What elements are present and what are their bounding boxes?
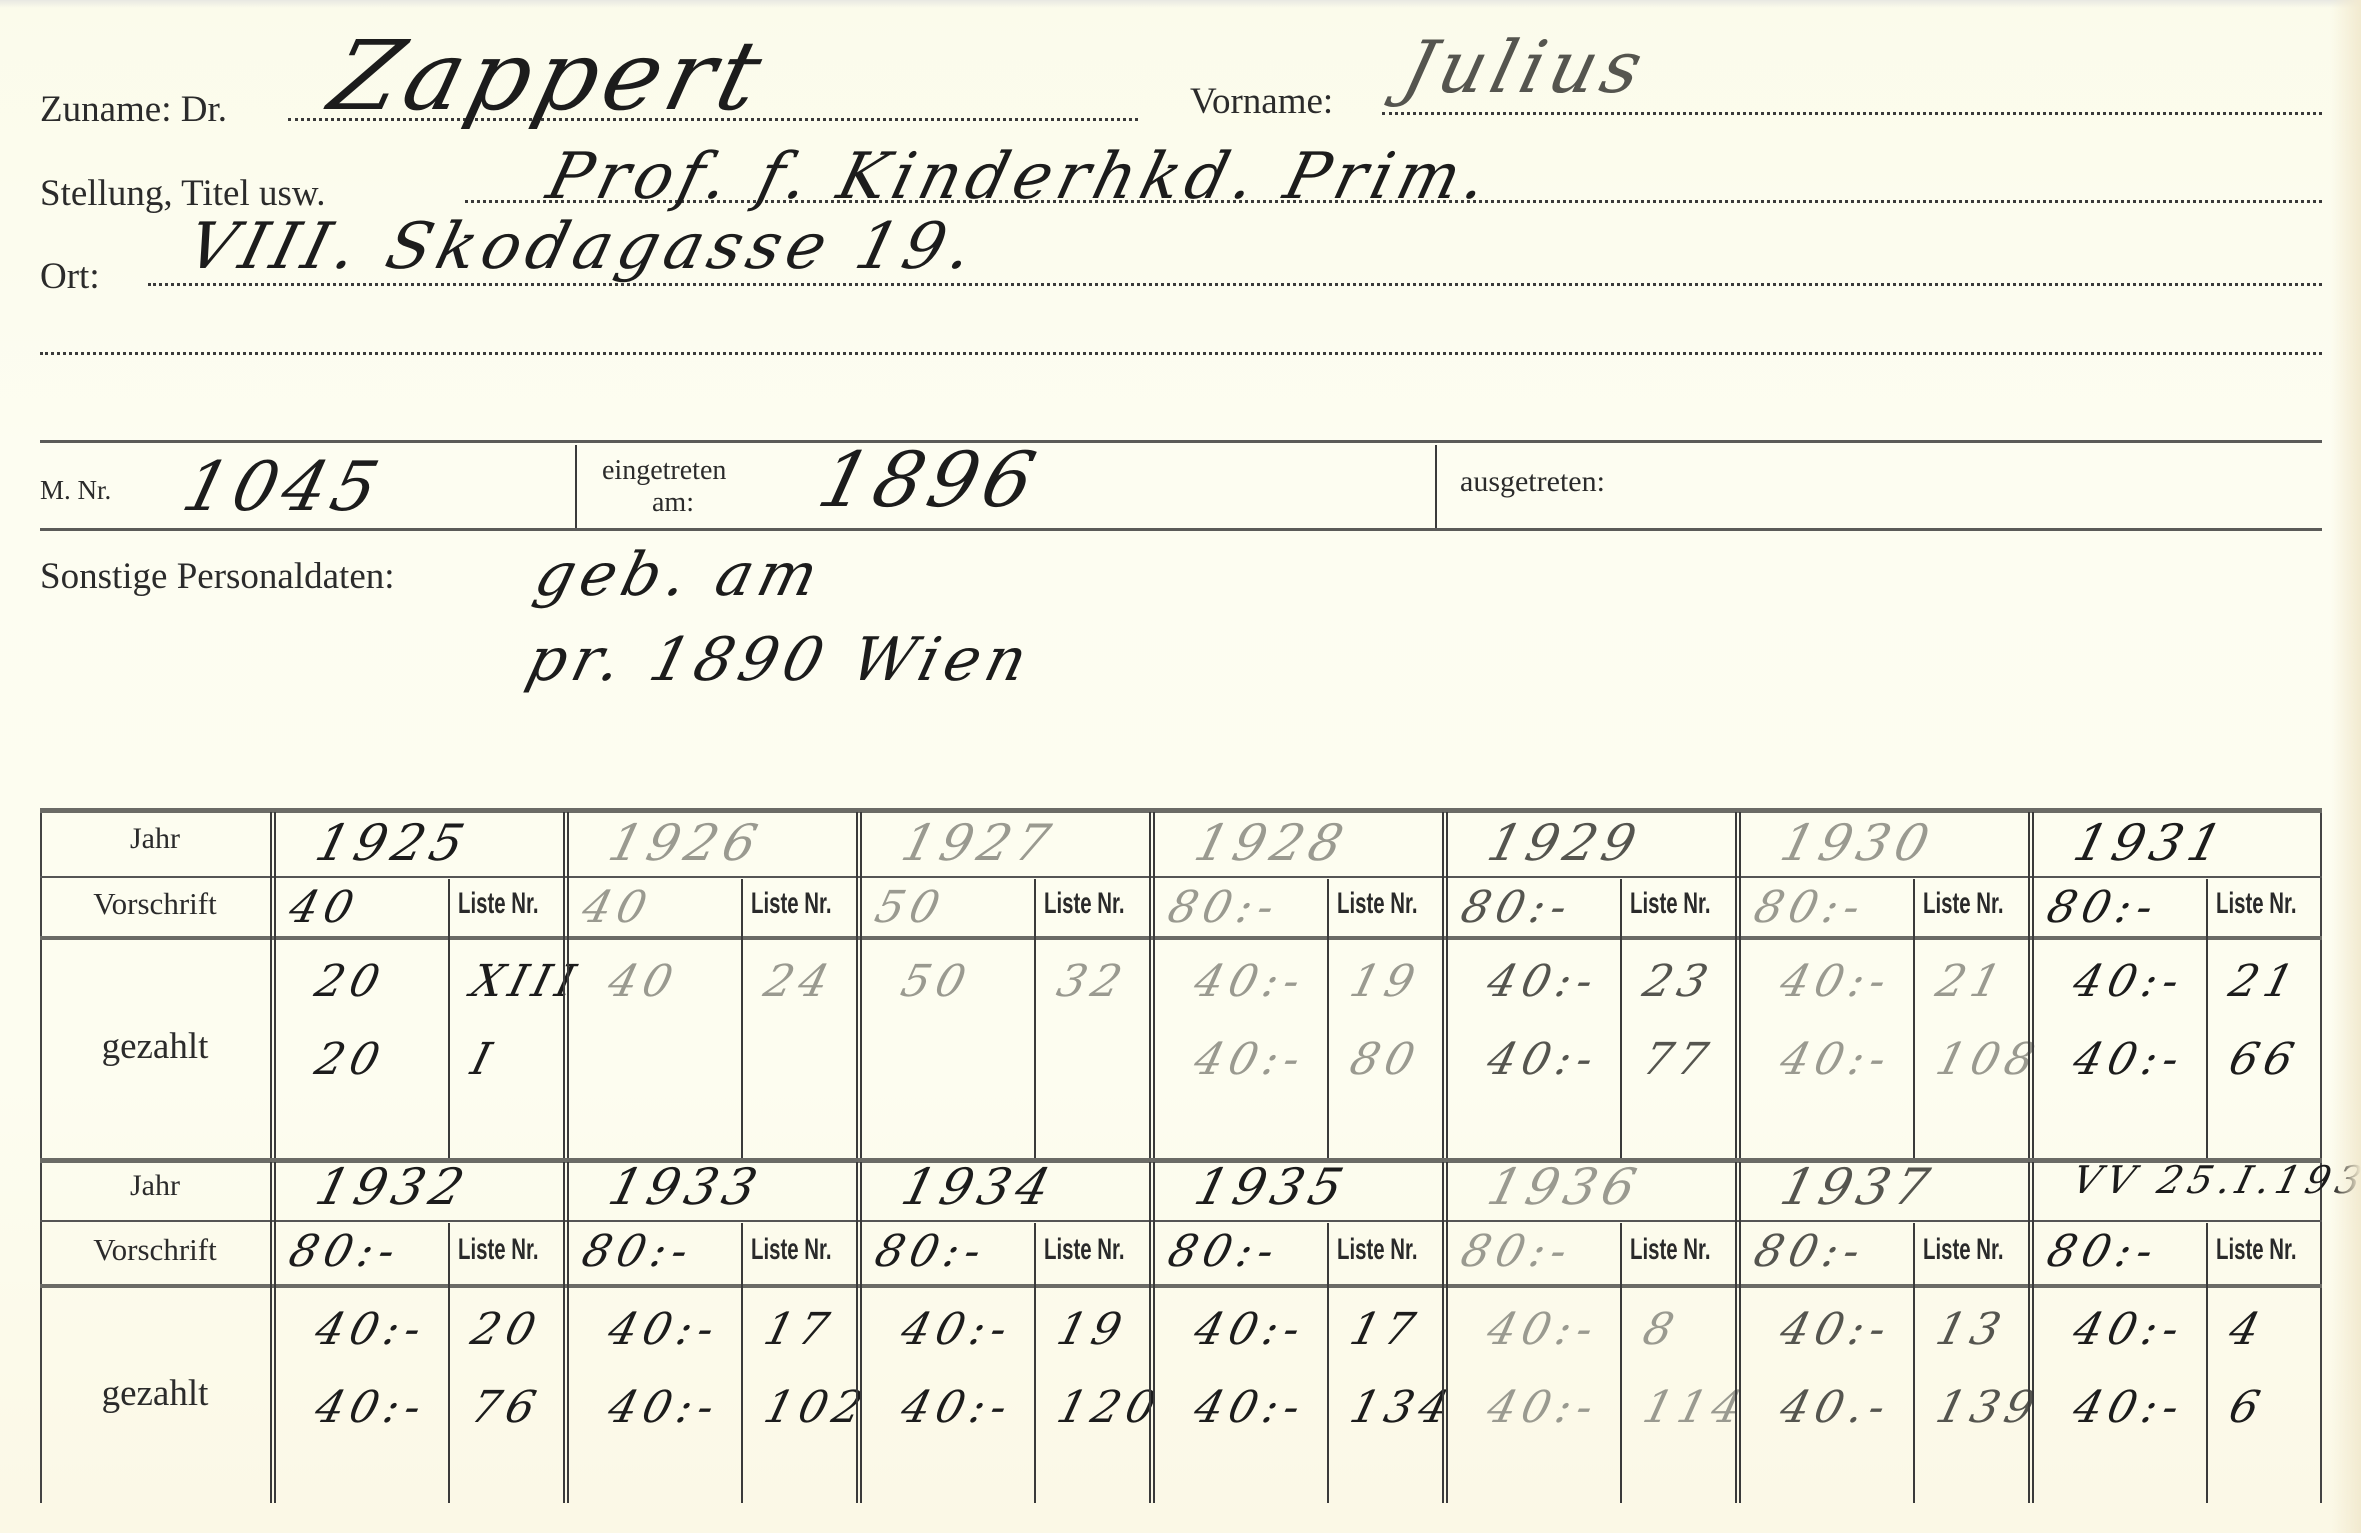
liste-number: 19	[1052, 1304, 1133, 1355]
liste-number: 32	[1052, 956, 1133, 1007]
vorschrift-value: 80:-	[1749, 1226, 1871, 1277]
paid-amount: 20	[310, 1034, 391, 1085]
liste-nr-label: Liste Nr.	[1044, 887, 1124, 921]
paid-amount: 40:-	[896, 1304, 1018, 1355]
year-value: 1928	[1189, 814, 1355, 872]
year-column: 193280:-Liste Nr.40:-40:-2076	[270, 1158, 563, 1503]
liste-number: 23	[1638, 956, 1719, 1007]
liste-number: 17	[759, 1304, 840, 1355]
paid-amount: 40:-	[1189, 1034, 1311, 1085]
year-column: 193380:-Liste Nr.40:-40:-17102	[563, 1158, 856, 1503]
vorname-value: Julius	[1395, 25, 1657, 109]
year-column: 193780:-Liste Nr.40:-40.-13139	[1735, 1158, 2028, 1503]
liste-nr-label: Liste Nr.	[458, 1233, 538, 1267]
personal-line-1: geb. am	[528, 540, 831, 610]
year-column: 192540Liste Nr.2020XIIII	[270, 808, 563, 1158]
dues-table-1932-1938: JahrVorschriftgezahlt193280:-Liste Nr.40…	[40, 1158, 2322, 1503]
vorschrift-value: 80:-	[1749, 882, 1871, 933]
membership-divider-1	[575, 445, 577, 528]
liste-nr-label: Liste Nr.	[1630, 1233, 1710, 1267]
vorschrift-value: 80:-	[284, 1226, 406, 1277]
paid-amount: 40:-	[310, 1304, 432, 1355]
year-column: 192880:-Liste Nr.40:-40:-1980	[1149, 808, 1442, 1158]
paid-amount: 40.-	[1775, 1382, 1897, 1433]
paid-amount: 40:-	[1775, 1034, 1897, 1085]
membership-bottom-rule	[40, 528, 2322, 531]
paid-amount: 40:-	[1482, 1034, 1604, 1085]
liste-number: 80	[1345, 1034, 1426, 1085]
paid-amount: 40:-	[2068, 1304, 2190, 1355]
liste-number: 8	[1638, 1304, 1685, 1355]
liste-number: 20	[466, 1304, 547, 1355]
personal-label: Sonstige Personaldaten:	[40, 555, 395, 598]
paid-amount: 40:-	[1775, 1304, 1897, 1355]
vorschrift-label: Vorschrift	[40, 886, 270, 922]
year-column: 193680:-Liste Nr.40:-40:-8114	[1442, 1158, 1735, 1503]
year-column: 193080:-Liste Nr.40:-40:-21108	[1735, 808, 2028, 1158]
year-value: 1937	[1775, 1158, 1941, 1216]
paid-amount: 40:-	[1482, 1382, 1604, 1433]
liste-nr-label: Liste Nr.	[1044, 1233, 1124, 1267]
paid-amount: 40:-	[1482, 1304, 1604, 1355]
liste-number: 24	[759, 956, 840, 1007]
paid-amount: 40:-	[1775, 956, 1897, 1007]
paid-amount: 40:-	[896, 1382, 1018, 1433]
vorschrift-value: 80:-	[1163, 882, 1285, 933]
paid-amount: 40:-	[603, 1304, 725, 1355]
year-value: 1926	[603, 814, 769, 872]
eingetreten-value: 1896	[810, 435, 1050, 524]
paid-amount: 40:-	[1482, 956, 1604, 1007]
index-card: Zuname: Dr. Zappert Vorname: Julius Stel…	[0, 0, 2361, 1533]
liste-nr-label: Liste Nr.	[751, 887, 831, 921]
year-value: 1927	[896, 814, 1062, 872]
liste-nr-label: Liste Nr.	[1923, 1233, 2003, 1267]
year-column: 193480:-Liste Nr.40:-40:-19120	[856, 1158, 1149, 1503]
liste-number: 21	[2224, 956, 2305, 1007]
jahr-label: Jahr	[40, 1169, 270, 1203]
year-column: 192640Liste Nr.4024	[563, 808, 856, 1158]
paid-amount: 40:-	[2068, 956, 2190, 1007]
vorschrift-value: 80:-	[1163, 1226, 1285, 1277]
paid-amount: 40:-	[2068, 1034, 2190, 1085]
liste-nr-label: Liste Nr.	[458, 887, 538, 921]
year-column: 192750Liste Nr.5032	[856, 808, 1149, 1158]
year-value: 1934	[896, 1158, 1062, 1216]
eingetreten-label: eingetreten	[602, 455, 726, 487]
personal-line-2: pr. 1890 Wien	[520, 625, 1040, 695]
ort-value: VIII. Skodagasse 19.	[180, 210, 986, 284]
year-column: 193580:-Liste Nr.40:-40:-17134	[1149, 1158, 1442, 1503]
zuname-value: Zappert	[320, 20, 778, 132]
liste-nr-label: Liste Nr.	[751, 1233, 831, 1267]
year-value: 1936	[1482, 1158, 1648, 1216]
liste-number: 4	[2224, 1304, 2271, 1355]
liste-number: 13	[1931, 1304, 2012, 1355]
paid-amount: 40:-	[310, 1382, 432, 1433]
ort-label: Ort:	[40, 255, 100, 298]
liste-number: 17	[1345, 1304, 1426, 1355]
year-value: 1932	[310, 1158, 476, 1216]
year-value: 1933	[603, 1158, 769, 1216]
year-column: 193180:-Liste Nr.40:-40:-2166	[2028, 808, 2321, 1158]
membership-top-rule	[40, 440, 2322, 443]
vorschrift-label: Vorschrift	[40, 1232, 270, 1268]
eingetreten-am-label: am:	[652, 487, 694, 519]
blank-line	[40, 352, 2322, 355]
zuname-label: Zuname: Dr.	[40, 88, 227, 131]
paid-amount: 40:-	[1189, 1304, 1311, 1355]
year-value: 1930	[1775, 814, 1941, 872]
vorschrift-value: 80:-	[1456, 1226, 1578, 1277]
vorschrift-value: 80:-	[1456, 882, 1578, 933]
liste-number: 21	[1931, 956, 2012, 1007]
paid-amount: 40:-	[1189, 956, 1311, 1007]
gezahlt-label: gezahlt	[40, 1025, 270, 1068]
liste-number: 77	[1638, 1034, 1719, 1085]
mnr-value: 1045	[175, 448, 392, 527]
stellung-value: Prof. f. Kinderhkd. Prim.	[540, 140, 1501, 214]
membership-divider-2	[1435, 445, 1437, 528]
year-column: 192980:-Liste Nr.40:-40:-2377	[1442, 808, 1735, 1158]
year-value: 1929	[1482, 814, 1648, 872]
liste-number: 76	[466, 1382, 547, 1433]
vorname-label: Vorname:	[1190, 80, 1333, 123]
gezahlt-label: gezahlt	[40, 1372, 270, 1415]
year-value: 1925	[310, 814, 476, 872]
vorschrift-value: 50	[870, 882, 951, 933]
vorschrift-value: 80:-	[2042, 1226, 2164, 1277]
ausgetreten-label: ausgetreten:	[1460, 465, 1605, 499]
vorname-line	[1382, 112, 2322, 115]
vorschrift-value: 40	[577, 882, 658, 933]
liste-number: 19	[1345, 956, 1426, 1007]
dues-table-1925-1931: JahrVorschriftgezahlt192540Liste Nr.2020…	[40, 808, 2322, 1158]
liste-number: I	[466, 1034, 502, 1085]
vorschrift-value: 40	[284, 882, 365, 933]
liste-nr-label: Liste Nr.	[2216, 1233, 2296, 1267]
vorschrift-value: 80:-	[2042, 882, 2164, 933]
year-value: VV 25.I.1938 7 M	[2068, 1158, 2361, 1202]
liste-nr-label: Liste Nr.	[1337, 1233, 1417, 1267]
jahr-label: Jahr	[40, 822, 270, 856]
liste-nr-label: Liste Nr.	[1923, 887, 2003, 921]
year-value: 1931	[2068, 814, 2234, 872]
liste-number: 6	[2224, 1382, 2271, 1433]
paid-amount: 40:-	[2068, 1382, 2190, 1433]
liste-nr-label: Liste Nr.	[1337, 887, 1417, 921]
stellung-label: Stellung, Titel usw.	[40, 172, 325, 215]
paid-amount: 50	[896, 956, 977, 1007]
paid-amount: 40	[603, 956, 684, 1007]
vorschrift-value: 80:-	[577, 1226, 699, 1277]
year-value: 1935	[1189, 1158, 1355, 1216]
mnr-label: M. Nr.	[40, 475, 111, 506]
paid-amount: 40:-	[1189, 1382, 1311, 1433]
liste-nr-label: Liste Nr.	[2216, 887, 2296, 921]
vorschrift-value: 80:-	[870, 1226, 992, 1277]
paid-amount: 40:-	[603, 1382, 725, 1433]
year-column: VV 25.I.1938 7 M80:-Liste Nr.40:-40:-46	[2028, 1158, 2321, 1503]
paid-amount: 20	[310, 956, 391, 1007]
liste-number: 66	[2224, 1034, 2305, 1085]
liste-nr-label: Liste Nr.	[1630, 887, 1710, 921]
